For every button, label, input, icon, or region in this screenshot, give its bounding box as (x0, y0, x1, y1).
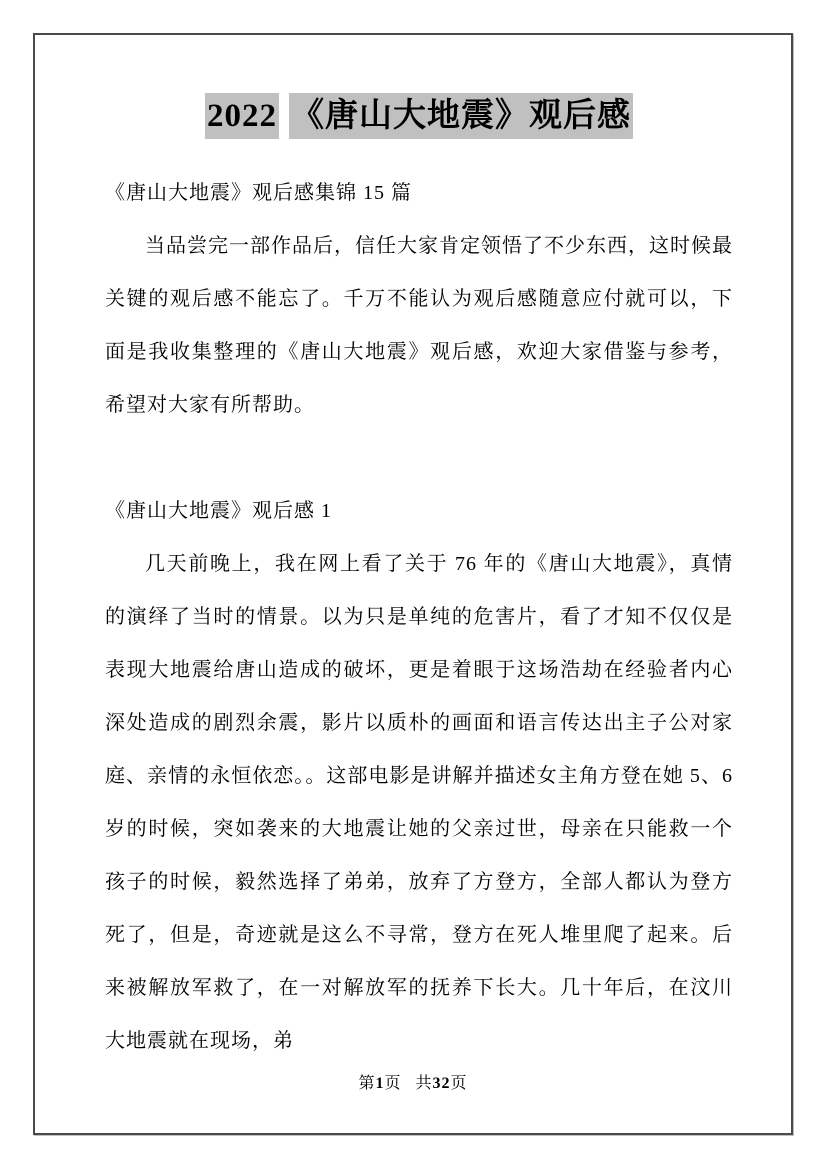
page-footer: 第1页共32页 (35, 1070, 791, 1093)
page-content: 2022《唐山大地震》观后感 《唐山大地震》观后感集锦 15 篇 当品尝完一部作… (35, 35, 791, 1078)
footer-total-word-suffix: 页 (451, 1075, 468, 1092)
section-1-paragraph: 几天前晚上，我在网上看了关于 76 年的《唐山大地震》，真情的演绎了当时的情景。… (105, 538, 733, 1068)
subtitle-line: 《唐山大地震》观后感集锦 15 篇 (105, 167, 733, 220)
document-title: 2022《唐山大地震》观后感 (105, 93, 733, 139)
footer-page-word-suffix: 页 (384, 1075, 401, 1092)
footer-total-pages-number: 32 (433, 1075, 451, 1092)
section-1-heading: 《唐山大地震》观后感 1 (105, 485, 733, 538)
blank-line (105, 432, 733, 485)
title-highlight-year: 2022 (205, 93, 279, 139)
document-body: 《唐山大地震》观后感集锦 15 篇 当品尝完一部作品后，信任大家肯定领悟了不少东… (105, 167, 733, 1068)
intro-paragraph: 当品尝完一部作品后，信任大家肯定领悟了不少东西，这时候最关键的观后感不能忘了。千… (105, 220, 733, 432)
title-highlight-main: 《唐山大地震》观后感 (289, 93, 633, 139)
footer-total-word-prefix: 共 (416, 1075, 433, 1092)
footer-page-word-prefix: 第 (358, 1075, 375, 1092)
document-page: 2022《唐山大地震》观后感 《唐山大地震》观后感集锦 15 篇 当品尝完一部作… (33, 33, 793, 1135)
